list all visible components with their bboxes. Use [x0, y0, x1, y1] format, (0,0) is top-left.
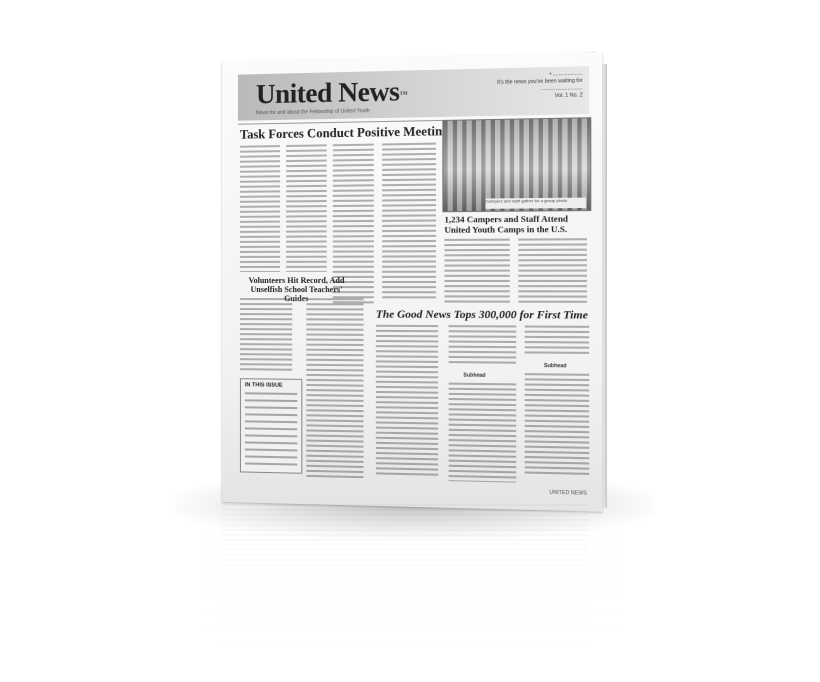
- in-this-issue-box: IN THIS ISSUE: [240, 378, 302, 474]
- box-contents: [245, 392, 297, 466]
- page-footer: UNITED NEWS: [549, 490, 587, 497]
- masthead-info: • .................... It's the news you…: [444, 70, 582, 102]
- masthead-title: United News™: [256, 76, 407, 111]
- text-column: [525, 373, 589, 478]
- lead-headline: Task Forces Conduct Positive Meetings: [240, 124, 454, 143]
- subhead: Subhead: [544, 363, 567, 369]
- box-title: IN THIS ISSUE: [245, 382, 283, 388]
- text-column: [240, 145, 280, 272]
- masthead-tagline: News for and about the Fellowship of Uni…: [256, 108, 370, 116]
- news-photo: Campers and staff gather for a group pho…: [442, 117, 591, 212]
- text-column: [525, 325, 589, 357]
- photo-story-headline: 1,234 Campers and Staff Attend United Yo…: [444, 213, 591, 235]
- text-column: [376, 325, 438, 479]
- text-column: [518, 238, 587, 303]
- newspaper-scene: United News™ News for and about the Fell…: [0, 0, 820, 682]
- text-column: [240, 298, 292, 373]
- subhead: Subhead: [463, 372, 485, 378]
- newspaper-front-page: United News™ News for and about the Fell…: [222, 52, 602, 512]
- reflection-fade: [200, 500, 620, 660]
- masthead: United News™ News for and about the Fell…: [238, 66, 589, 121]
- trademark: ™: [399, 89, 407, 98]
- text-column: [382, 143, 436, 302]
- photo-caption: Campers and staff gather for a group pho…: [485, 198, 585, 209]
- title-text: United News: [256, 76, 399, 110]
- masthead-info-line: Vol. 1 No. 2: [444, 92, 582, 102]
- text-column: [444, 239, 509, 303]
- text-column: [449, 383, 517, 483]
- center-headline: The Good News Tops 300,000 for First Tim…: [376, 308, 588, 321]
- text-column: [449, 325, 517, 367]
- text-column: [306, 298, 363, 481]
- text-column: [286, 144, 327, 272]
